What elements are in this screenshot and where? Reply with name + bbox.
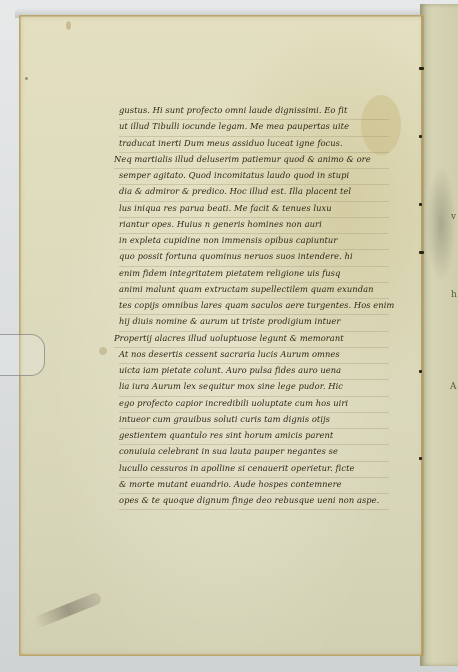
stain-spot [66,21,71,30]
text-line: & morte mutant euandrio. Aude hospes con… [119,478,389,494]
text-line: Neq martialis illud deluserim patiemur q… [114,153,389,169]
adjacent-leaf [420,4,458,666]
text-line: hij diuis nomine & aurum ut triste prodi… [119,315,389,331]
text-line: tes copijs omnibus lares quam saculos ae… [119,299,389,315]
binding-stitch [419,203,422,206]
text-line: lus iniqua res parua beati. Me facit & t… [119,202,389,218]
adjacent-leaf-glyph: A [450,382,457,392]
adjacent-leaf-glyph: v [451,212,456,222]
text-line: in expleta cupidine non immensis opibus … [119,234,389,250]
text-line: gestientem quantulo res sint horum amici… [119,429,389,445]
text-line: gustus. Hi sunt profecto omni laude dign… [119,104,389,120]
text-line: uicta iam pietate colunt. Auro pulsa fid… [119,364,389,380]
binding-stitch [419,370,422,373]
text-line: enim fidem integritatem pietatem religio… [119,267,389,283]
text-line: lia iura Aurum lex sequitur mox sine leg… [119,380,389,396]
text-line: Propertij alacres illud uoluptuose legun… [114,332,389,348]
binding-stitch [419,135,422,138]
text-line: intueor cum grauibus soluti curis tam di… [119,413,389,429]
gutter-edge [421,16,423,656]
stain-spot [25,77,28,80]
stain-spot [99,347,107,355]
text-line: ut illud Tibulli iocunde legam. Me mea p… [119,120,389,136]
text-line: traducat inerti Dum meus assiduo luceat … [119,137,389,153]
text-line: animi malunt quam extructam supellectile… [119,283,389,299]
text-line: dia & admiror & predico. Hoc illud est. … [119,185,389,201]
manuscript-text-block: gustus. Hi sunt profecto omni laude dign… [119,104,389,510]
text-line: quo possit fortuna quominus neruos suos … [119,250,389,266]
binding-stitch [419,251,424,254]
plastic-page-holder [0,334,45,376]
text-line: semper agitato. Quod incomitatus laudo q… [119,169,389,185]
text-line: ego profecto capior incredibili uoluptat… [119,397,389,413]
binding-stitch [419,67,424,70]
text-line: riantur opes. Huius n generis homines no… [119,218,389,234]
text-line: opes & te quoque dignum finge deo rebusq… [119,494,389,510]
adjacent-leaf-smudge [426,164,456,284]
binding-stitch [419,457,422,460]
text-line: conuiuia celebrant in sua lauta pauper n… [119,445,389,461]
text-line: lucullo cessuros in apolline si cenaueri… [119,462,389,478]
text-line: At nos desertis cessent sacraria lucis A… [119,348,389,364]
adjacent-leaf-glyph: h [451,290,457,300]
